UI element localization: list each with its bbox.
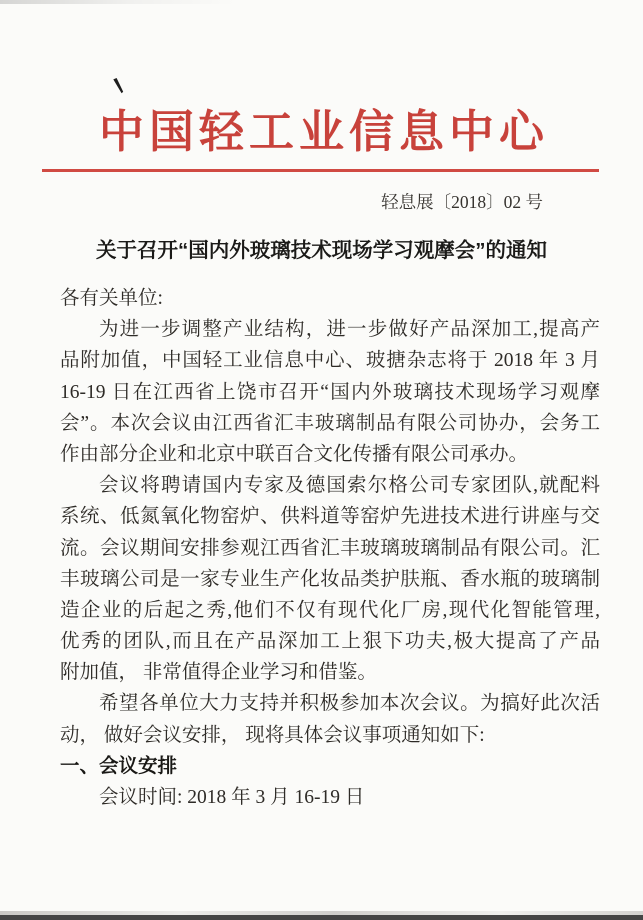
pen-mark — [113, 78, 124, 94]
text-line: 为进一步调整产业结构，进一步做好产品深加工,提高产 — [60, 314, 600, 345]
text-line: 品附加值，中国轻工业信息中心、玻搪杂志将于 2018 年 3 月 — [60, 345, 600, 376]
letterhead-title: 中国轻工业信息中心 — [0, 106, 643, 158]
scan-smudge-top — [0, 0, 235, 4]
text-line: 会”。本次会议由江西省汇丰玻璃制品有限公司协办，会务工 — [60, 408, 600, 439]
text-line: 各有关单位: — [60, 283, 600, 314]
section-heading: 一、会议安排 — [60, 751, 600, 782]
text-line: 会议时间: 2018 年 3 月 16-19 日 — [60, 782, 600, 813]
text-line: 希望各单位大力支持并积极参加本次会议。为搞好此次活 — [60, 688, 600, 719]
scan-shadow-bottom — [0, 915, 643, 920]
text-line: 16-19 日在江西省上饶市召开“国内外玻璃技术现场学习观摩 — [60, 377, 600, 408]
text-line: 作由部分企业和北京中联百合文化传播有限公司承办。 — [60, 439, 600, 470]
text-line: 附加值， 非常值得企业学习和借鉴。 — [60, 657, 600, 688]
scanned-notice-page: 中国轻工业信息中心 轻息展〔2018〕02 号 关于召开“国内外玻璃技术现场学习… — [0, 0, 643, 920]
text-line: 丰玻璃公司是一家专业生产化妆品类护肤瓶、香水瓶的玻璃制 — [60, 564, 600, 595]
document-title: 关于召开“国内外玻璃技术现场学习观摩会”的通知 — [0, 233, 643, 263]
document-body: 各有关单位:为进一步调整产业结构，进一步做好产品深加工,提高产品附加值，中国轻工… — [60, 283, 600, 813]
text-line: 系统、低氮氧化物窑炉、供料道等窑炉先进技术进行讲座与交 — [60, 501, 600, 532]
text-line: 造企业的后起之秀,他们不仅有现代化厂房,现代化智能管理, — [60, 595, 600, 626]
text-line: 会议将聘请国内专家及德国索尔格公司专家团队,就配料 — [60, 470, 600, 501]
document-number: 轻息展〔2018〕02 号 — [381, 190, 543, 214]
text-line: 动， 做好会议安排， 现将具体会议事项通知如下: — [60, 720, 600, 751]
text-line: 优秀的团队,而且在产品深加工上狠下功夫,极大提高了产品 — [60, 626, 600, 657]
letterhead-rule — [42, 169, 599, 172]
text-line: 流。会议期间安排参观江西省汇丰玻璃玻璃制品有限公司。汇 — [60, 533, 600, 564]
